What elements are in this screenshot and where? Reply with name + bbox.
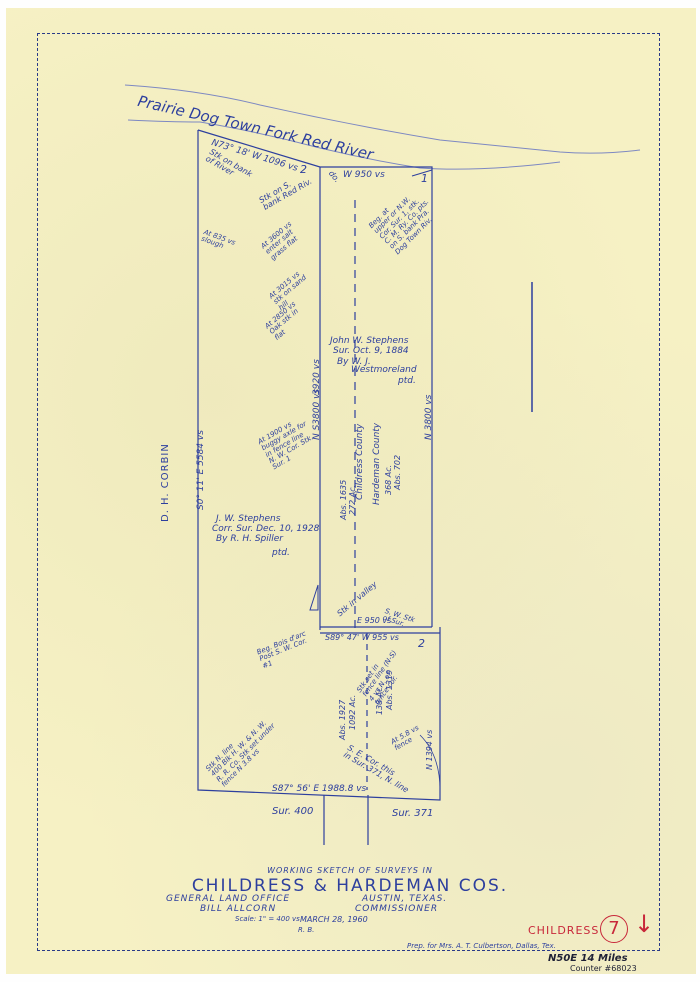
survey-ptd: ptd. (398, 376, 416, 386)
abs-1927-acres: 1092 Ac. (348, 695, 357, 730)
hardeman-acres: 368 Ac. (384, 465, 393, 495)
call-east-lower: N 1394 vs (425, 730, 434, 770)
stamp-number: 7 (600, 915, 628, 943)
title-line3-right: AUSTIN, TEXAS. (362, 894, 447, 904)
survey-date: Corr. Sur. Dec. 10, 1928 (212, 524, 319, 534)
hardeman-county-label: Hardeman County (372, 423, 382, 505)
survey-by: By R. H. Spiller (216, 534, 283, 544)
title-line4-left: BILL ALLCORN (200, 904, 276, 914)
survey-surveyor: Westmoreland (351, 365, 417, 375)
abs-1319-acres: 138 Ac. (375, 685, 384, 715)
call-south: S87° 56' E 1988.8 vs (272, 784, 366, 794)
title-initials: R. B. (298, 926, 314, 934)
survey-ptd: ptd. (272, 548, 290, 558)
title-line2: CHILDRESS & HARDEMAN COS. (0, 876, 700, 896)
call-corner-2b: 2 (418, 637, 425, 650)
stamp-arrow-icon: ↓ (634, 910, 654, 938)
prepared-for: Prep. for Mrs. A. T. Culbertson, Dallas,… (407, 942, 556, 950)
call-middle: N S3800 vs (312, 389, 322, 440)
childress-abs: Abs. 1635 (339, 480, 348, 520)
sur-371-label: Sur. 371 (392, 808, 433, 819)
childress-county-label: Childress County (355, 424, 365, 500)
title-scale: Scale: 1" = 400 vs (235, 915, 300, 923)
title-date: MARCH 28, 1960 (300, 915, 368, 924)
call-inner-south-w: S89° 47' W 955 vs (325, 633, 399, 642)
sur-400-label: Sur. 400 (272, 806, 313, 817)
call-middle-top: 3920 vs (312, 359, 322, 395)
abs-1927: Abs. 1927 (338, 700, 347, 740)
survey-date: Sur. Oct. 9, 1884 (333, 346, 409, 356)
title-line1: WORKING SKETCH OF SURVEYS IN (0, 866, 700, 875)
owner-corbin: D. H. CORBIN (160, 443, 171, 522)
call-north-east: W 950 vs (343, 170, 385, 180)
call-west: S0° 11' E 5584 vs (196, 430, 206, 510)
call-corner-1: 1 (421, 172, 428, 185)
counter-number: Counter #68023 (570, 964, 637, 973)
hardeman-abs: Abs. 702 (393, 455, 402, 490)
survey-name: J. W. Stephens (216, 514, 280, 524)
survey-name: John W. Stephens (330, 336, 408, 346)
title-line4-right: COMMISSIONER (355, 904, 438, 914)
abs-1319: Abs. 1319 (385, 670, 394, 710)
stamp-county: CHILDRESS (528, 924, 599, 937)
direction-distance: N50E 14 Miles (548, 953, 628, 964)
call-east: N 3800 vs (424, 395, 434, 440)
title-line3-left: GENERAL LAND OFFICE (166, 894, 290, 904)
